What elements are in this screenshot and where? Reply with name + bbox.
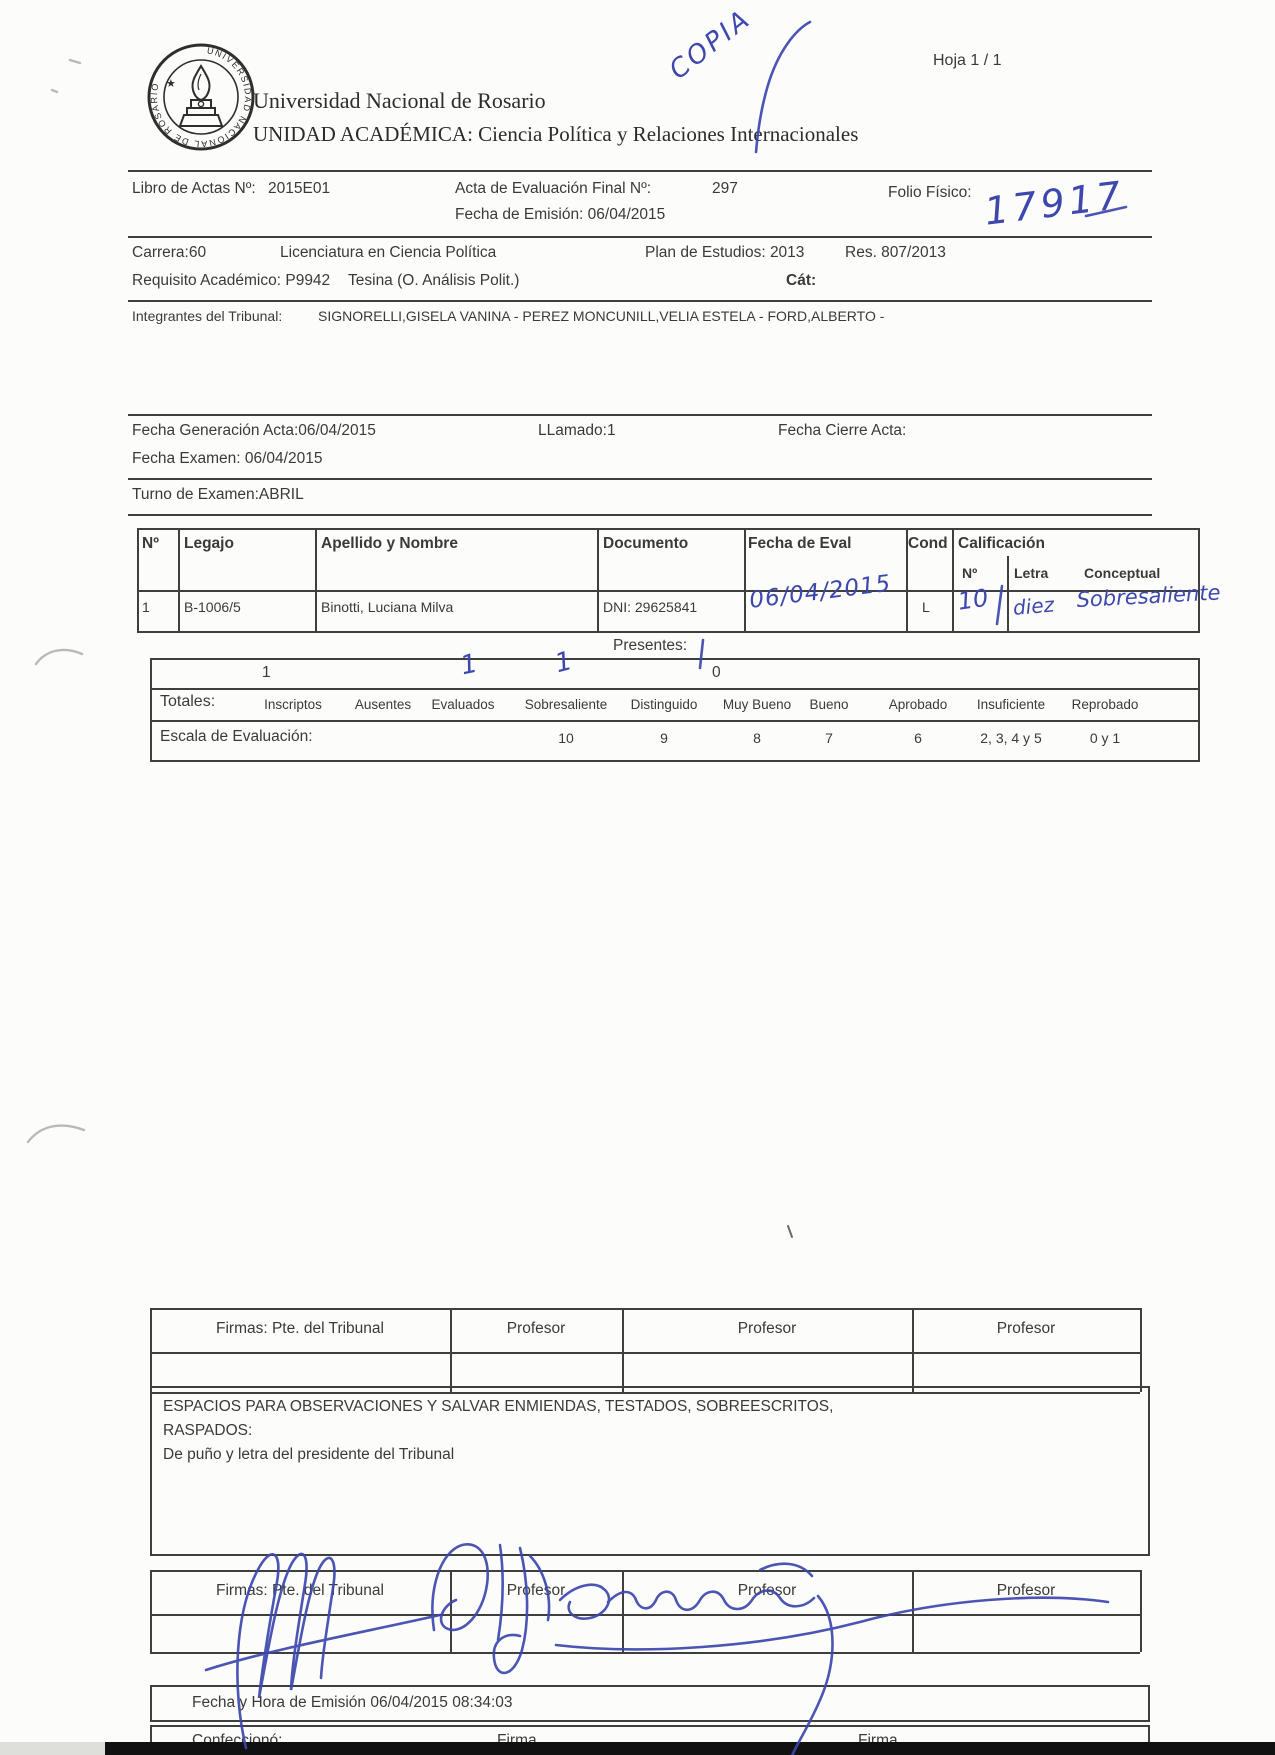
- observaciones-line1: ESPACIOS PARA OBSERVACIONES Y SALVAR ENM…: [163, 1398, 833, 1416]
- presentes-label: Presentes:: [613, 637, 687, 655]
- observaciones-line3: De puño y letra del presidente del Tribu…: [163, 1446, 454, 1464]
- signature-prof2-sweep-stroke: [556, 1598, 1108, 1650]
- row-nombre: Binotti, Luciana Milva: [321, 599, 453, 615]
- firmas2-profesor-2: Profesor: [622, 1582, 912, 1600]
- subcol-header-numero: Nº: [962, 565, 977, 581]
- rule: [128, 514, 1152, 516]
- subcol-header-letra: Letra: [1014, 565, 1048, 581]
- libro-actas-value: 2015E01: [268, 180, 330, 198]
- totales-label: Totales:: [160, 693, 215, 711]
- stray-pen-tick: [788, 1226, 792, 1237]
- unr-seal-icon: UNIVERSIDAD NACIONAL DE ROSARIO ★: [146, 42, 256, 152]
- requisito-nombre: Tesina (O. Análisis Polit.): [348, 272, 519, 290]
- resolucion: Res. 807/2013: [845, 244, 946, 262]
- rule: [128, 478, 1152, 480]
- scan-edge-corner: [0, 1742, 105, 1755]
- carrera-code: Carrera:60: [132, 244, 206, 262]
- row-letra-handwriting: diez: [1012, 592, 1055, 619]
- university-name: Universidad Nacional de Rosario: [253, 88, 546, 114]
- scanned-acta-page: Hoja 1 / 1 UNIVERSIDAD NACIONAL DE ROSAR…: [0, 0, 1275, 1755]
- firmas2-profesor-1: Profesor: [450, 1582, 622, 1600]
- col-header-apellido: Apellido y Nombre: [321, 535, 458, 553]
- carrera-name: Licenciatura en Ciencia Política: [280, 244, 496, 262]
- col-header-legajo: Legajo: [184, 535, 234, 553]
- tribunal-members: SIGNORELLI,GISELA VANINA - PEREZ MONCUNI…: [318, 308, 884, 324]
- margin-squiggle-2: [28, 1126, 84, 1142]
- col-header-documento: Documento: [603, 535, 688, 553]
- row-fecha-eval-handwriting: 06/04/2015: [748, 571, 893, 614]
- row-documento: DNI: 29625841: [603, 599, 697, 615]
- libro-actas-label: Libro de Actas Nº:: [132, 180, 256, 198]
- scan-speck: [52, 60, 80, 92]
- catedra-label: Cát:: [786, 272, 816, 290]
- rule: [128, 300, 1152, 302]
- presentes-tick-stroke: [700, 640, 703, 668]
- totales-valor-sobresaliente-handwriting: 1: [552, 646, 575, 679]
- academic-unit: UNIDAD ACADÉMICA: Ciencia Política y Rel…: [253, 122, 858, 147]
- row-cond: L: [922, 599, 930, 615]
- unr-seal-logo: UNIVERSIDAD NACIONAL DE ROSARIO ★: [146, 42, 256, 152]
- fecha-hora-emision: Fecha y Hora de Emisión 06/04/2015 08:34…: [192, 1694, 513, 1712]
- sheet-number: Hoja 1 / 1: [933, 52, 1001, 70]
- firmas2-pte-header: Firmas: Pte. del Tribunal: [150, 1582, 450, 1600]
- firmas2-profesor-3: Profesor: [912, 1582, 1140, 1600]
- acta-final-label: Acta de Evaluación Final Nº:: [455, 180, 651, 198]
- requisito-academico: Requisito Académico: P9942: [132, 272, 330, 290]
- escala-sobresaliente: 10: [511, 730, 621, 746]
- subcol-header-conceptual: Conceptual: [1084, 565, 1160, 581]
- copia-stamp-handwriting: COPIA: [664, 4, 757, 86]
- fecha-generacion: Fecha Generación Acta:06/04/2015: [132, 422, 376, 440]
- col-header-numero: Nº: [142, 535, 159, 553]
- calificacion-slash-stroke: [997, 586, 1002, 624]
- fecha-examen: Fecha Examen: 06/04/2015: [132, 450, 322, 468]
- tribunal-label: Integrantes del Tribunal:: [132, 308, 282, 324]
- fecha-cierre: Fecha Cierre Acta:: [778, 422, 906, 440]
- escala-label: Escala de Evaluación:: [160, 728, 313, 746]
- fecha-emision: Fecha de Emisión: 06/04/2015: [455, 206, 665, 224]
- totales-valor-evaluados-handwriting: 1: [458, 649, 480, 682]
- plan-estudios: Plan de Estudios: 2013: [645, 244, 804, 262]
- col-header-calificacion: Calificación: [958, 535, 1045, 553]
- firmas1-profesor-2: Profesor: [622, 1320, 912, 1338]
- llamado: LLamado:1: [538, 422, 616, 440]
- rule: [128, 170, 1152, 172]
- seal-flame-icon: [192, 66, 209, 100]
- seal-star-icon: ★: [166, 78, 176, 90]
- scan-edge-band: [105, 1742, 1275, 1755]
- totales-valor-inscriptos: 1: [262, 664, 271, 682]
- signature-pte-underline-stroke: [206, 1615, 440, 1670]
- row-numero: 1: [142, 599, 150, 615]
- totales-header-reprobado: Reprobado: [1035, 697, 1175, 712]
- rule: [128, 236, 1152, 238]
- observaciones-line2: RASPADOS:: [163, 1422, 252, 1440]
- row-nota-handwriting: 10: [956, 584, 990, 616]
- escala-reprobado: 0 y 1: [1050, 730, 1160, 746]
- firmas1-pte-header: Firmas: Pte. del Tribunal: [150, 1320, 450, 1338]
- rule: [128, 414, 1152, 416]
- margin-squiggle-1: [36, 650, 82, 664]
- totales-valor-presentes: 0: [712, 664, 721, 682]
- acta-final-value: 297: [712, 180, 738, 198]
- firmas1-profesor-1: Profesor: [450, 1320, 622, 1338]
- row-legajo: B-1006/5: [184, 599, 241, 615]
- turno-examen: Turno de Examen:ABRIL: [132, 486, 304, 504]
- col-header-cond: Cond: [908, 535, 948, 553]
- folio-fisico-handwriting: 17917: [982, 173, 1127, 234]
- col-header-fecha-eval: Fecha de Eval: [748, 535, 851, 553]
- folio-fisico-label: Folio Físico:: [888, 184, 972, 202]
- firmas1-profesor-3: Profesor: [912, 1320, 1140, 1338]
